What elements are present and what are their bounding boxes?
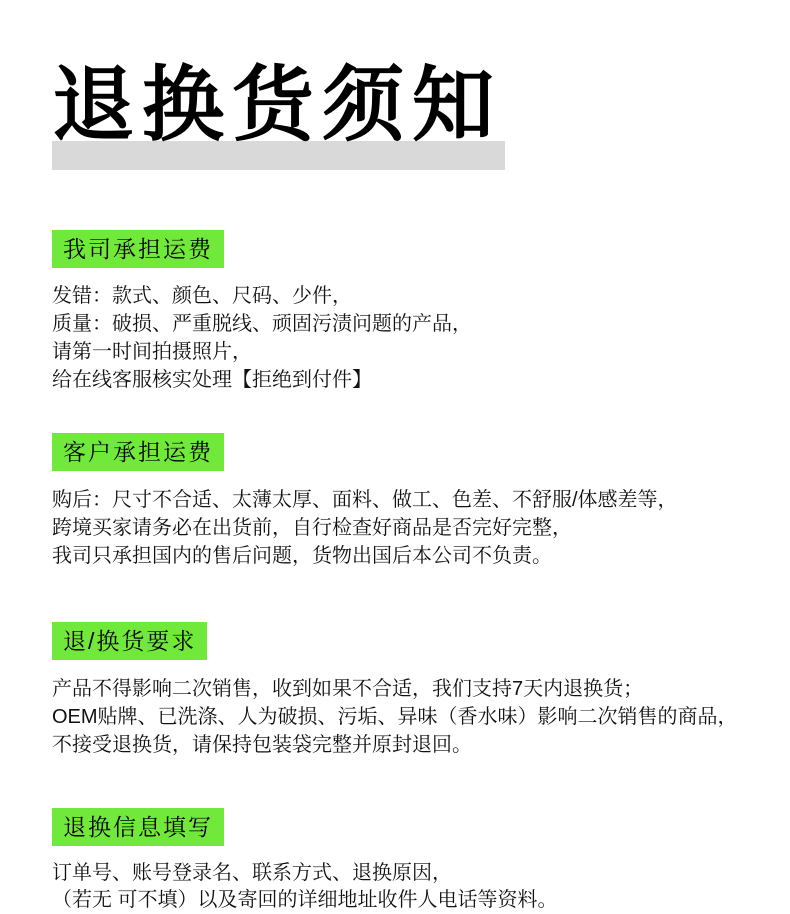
body-line: （若无 可不填）以及寄回的详细地址收件人电话等资料。 bbox=[52, 887, 782, 914]
body-line: 请第一时间拍摄照片， bbox=[52, 338, 782, 366]
body-line: 订单号、账号登录名、联系方式、退换原因， bbox=[52, 860, 782, 887]
body-line: 跨境买家请务必在出货前，自行检查好商品是否完好完整， bbox=[52, 514, 782, 542]
section-badge-return-requirements: 退/换货要求 bbox=[52, 622, 207, 660]
body-line: 给在线客服核实处理【拒绝到付件】 bbox=[52, 366, 782, 394]
body-line: 我司只承担国内的售后问题，货物出国后本公司不负责。 bbox=[52, 542, 782, 570]
section-badge-customer-pays: 客户承担运费 bbox=[52, 433, 224, 471]
section-badge-our-company-pays: 我司承担运费 bbox=[52, 230, 224, 268]
section-our-company-pays: 我司承担运费 bbox=[52, 230, 772, 268]
page-title: 退换货须知 bbox=[52, 60, 752, 152]
section-body-return-requirements: 产品不得影响二次销售，收到如果不合适，我们支持7天内退换货； OEM贴牌、已洗涤… bbox=[52, 675, 782, 759]
return-policy-notice-page: 退换货须知 我司承担运费 发错：款式、颜色、尺码、少件， 质量：破损、严重脱线、… bbox=[0, 0, 790, 914]
section-body-return-info: 订单号、账号登录名、联系方式、退换原因， （若无 可不填）以及寄回的详细地址收件… bbox=[52, 860, 782, 914]
title-section: 退换货须知 bbox=[52, 60, 752, 180]
body-line: OEM贴牌、已洗涤、人为破损、污垢、异味（香水味）影响二次销售的商品， bbox=[52, 703, 782, 731]
body-line: 产品不得影响二次销售，收到如果不合适，我们支持7天内退换货； bbox=[52, 675, 782, 703]
section-body-our-company-pays: 发错：款式、颜色、尺码、少件， 质量：破损、严重脱线、顽固污渍问题的产品， 请第… bbox=[52, 282, 782, 394]
section-badge-return-info: 退换信息填写 bbox=[52, 808, 224, 846]
section-return-info: 退换信息填写 bbox=[52, 808, 772, 846]
section-customer-pays: 客户承担运费 bbox=[52, 433, 772, 471]
body-line: 质量：破损、严重脱线、顽固污渍问题的产品， bbox=[52, 310, 782, 338]
section-return-requirements: 退/换货要求 bbox=[52, 622, 772, 660]
body-line: 购后：尺寸不合适、太薄太厚、面料、做工、色差、不舒服/体感差等， bbox=[52, 486, 782, 514]
body-line: 发错：款式、颜色、尺码、少件， bbox=[52, 282, 782, 310]
body-line: 不接受退换货，请保持包装袋完整并原封退回。 bbox=[52, 731, 782, 759]
section-body-customer-pays: 购后：尺寸不合适、太薄太厚、面料、做工、色差、不舒服/体感差等， 跨境买家请务必… bbox=[52, 486, 782, 570]
